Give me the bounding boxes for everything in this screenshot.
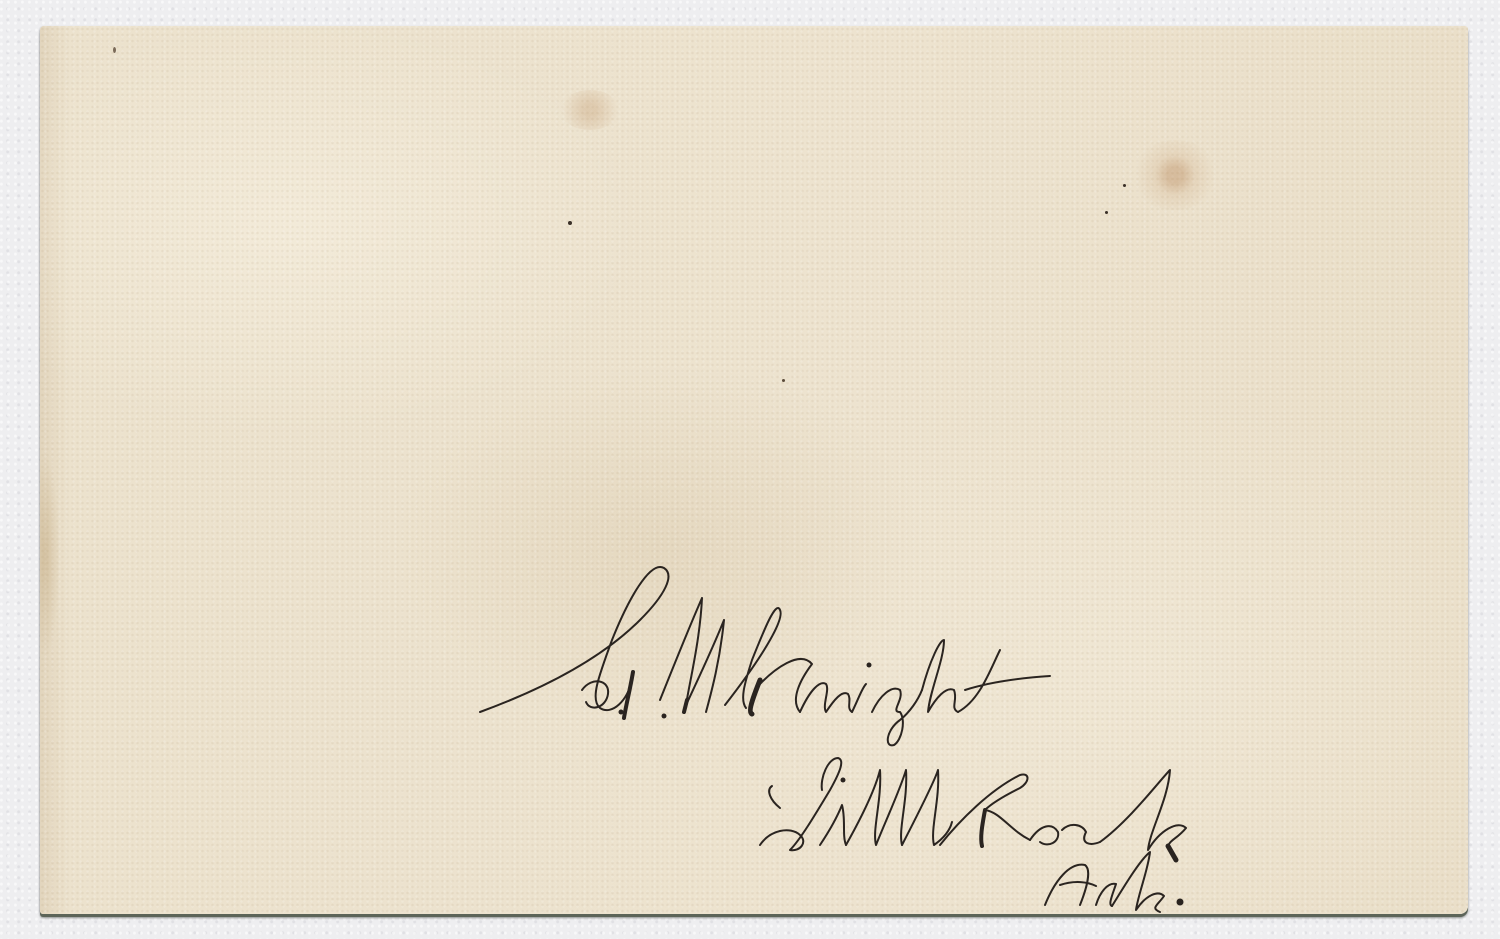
signature-name: G. W. Knight [480,600,1240,705]
handwritten-state: Ark. [1040,840,1220,910]
handwritten-city: Little Rock [760,745,1280,838]
